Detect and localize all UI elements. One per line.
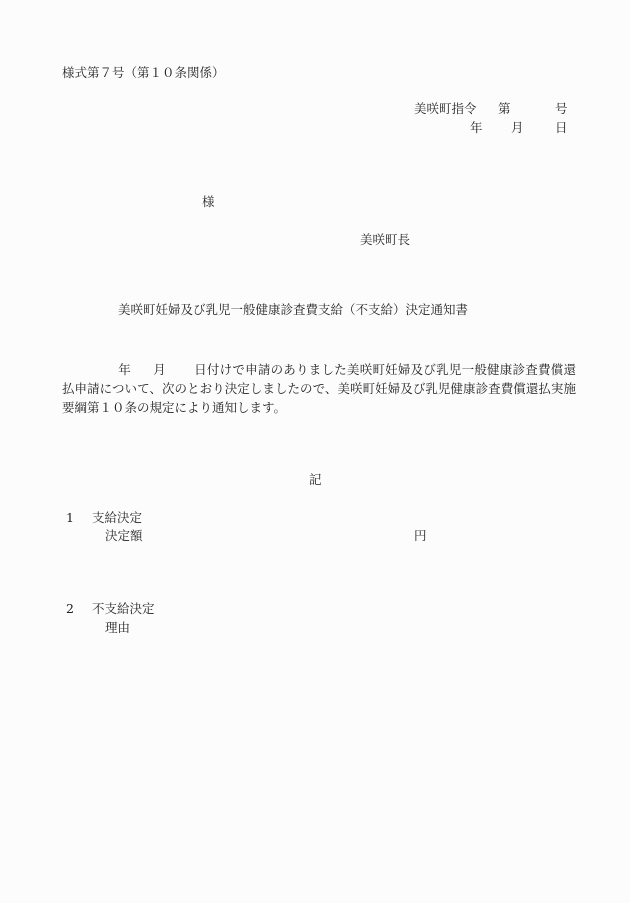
body-paragraph: 年月日付けで申請のありました美咲町妊婦及び乳児一般健康診査費償還払申請について、… (62, 360, 576, 417)
body-text: 日付けで申請のありました美咲町妊婦及び乳児一般健康診査費償還払申請について、次の… (62, 362, 576, 415)
addressee-suffix: 様 (202, 196, 215, 209)
directive-label: 美咲町指令 (414, 103, 477, 116)
section2-number: 2 (66, 603, 74, 616)
body-month: 月 (153, 362, 166, 377)
issuer-name: 美咲町長 (360, 234, 410, 247)
date-day: 日 (555, 122, 568, 135)
directive-number-prefix: 第 (498, 103, 511, 116)
document-title: 美咲町妊婦及び乳児一般健康診査費支給（不支給）決定通知書 (118, 304, 468, 317)
reason-label: 理由 (105, 622, 130, 635)
body-year: 年 (118, 362, 131, 377)
section1-number: 1 (66, 512, 74, 525)
ki-heading: 記 (309, 474, 322, 487)
section2-heading: 不支給決定 (92, 603, 155, 616)
date-month: 月 (511, 122, 524, 135)
directive-number-suffix: 号 (555, 103, 568, 116)
section1-heading: 支給決定 (92, 512, 142, 525)
decision-amount-label: 決定額 (105, 530, 143, 543)
decision-amount-unit: 円 (414, 530, 427, 543)
date-year: 年 (470, 122, 483, 135)
form-number: 様式第７号（第１０条関係） (62, 67, 225, 80)
